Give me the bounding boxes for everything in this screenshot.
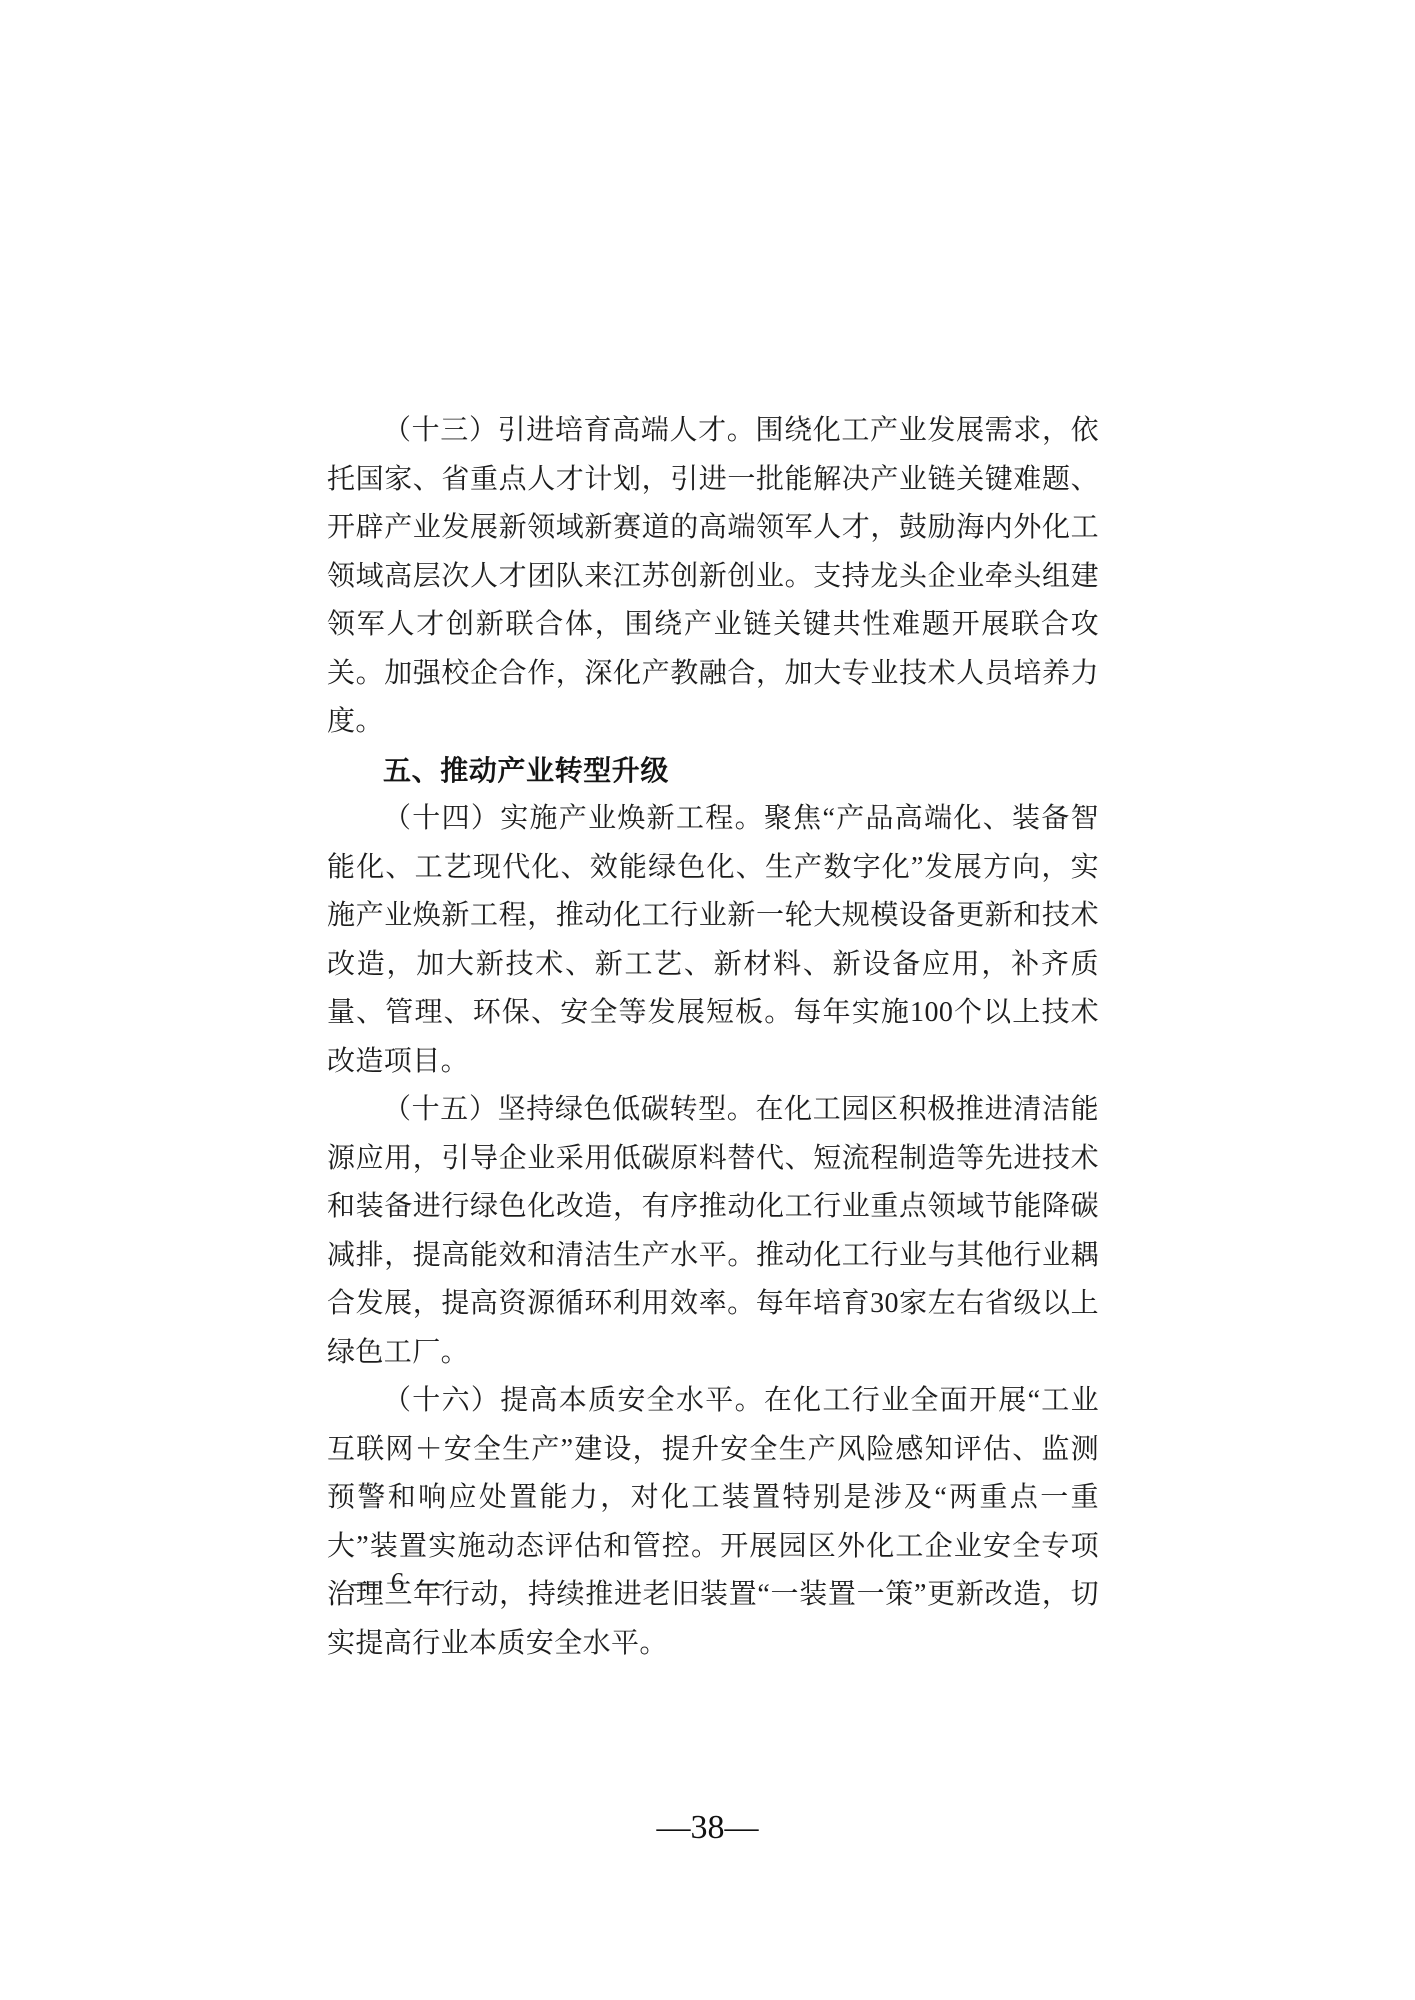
paragraph-item-14: （十四）实施产业焕新工程。聚焦“产品高端化、装备智能化、工艺现代化、效能绿色化、… <box>327 795 1099 1086</box>
document-body: （十三）引进培育高端人才。围绕化工产业发展需求，依托国家、省重点人才计划，引进一… <box>327 407 1099 1668</box>
document-page: （十三）引进培育高端人才。围绕化工产业发展需求，依托国家、省重点人才计划，引进一… <box>0 0 1415 2000</box>
paragraph-item-16: （十六）提高本质安全水平。在化工行业全面开展“工业互联网＋安全生产”建设，提升安… <box>327 1377 1099 1668</box>
section-heading-5: 五、推动产业转型升级 <box>327 747 1099 796</box>
inner-document-page-number: — 6 — <box>351 1567 447 1598</box>
paragraph-item-13: （十三）引进培育高端人才。围绕化工产业发展需求，依托国家、省重点人才计划，引进一… <box>327 407 1099 747</box>
page-number: —38— <box>0 1809 1415 1847</box>
paragraph-item-15: （十五）坚持绿色低碳转型。在化工园区积极推进清洁能源应用，引导企业采用低碳原料替… <box>327 1086 1099 1377</box>
